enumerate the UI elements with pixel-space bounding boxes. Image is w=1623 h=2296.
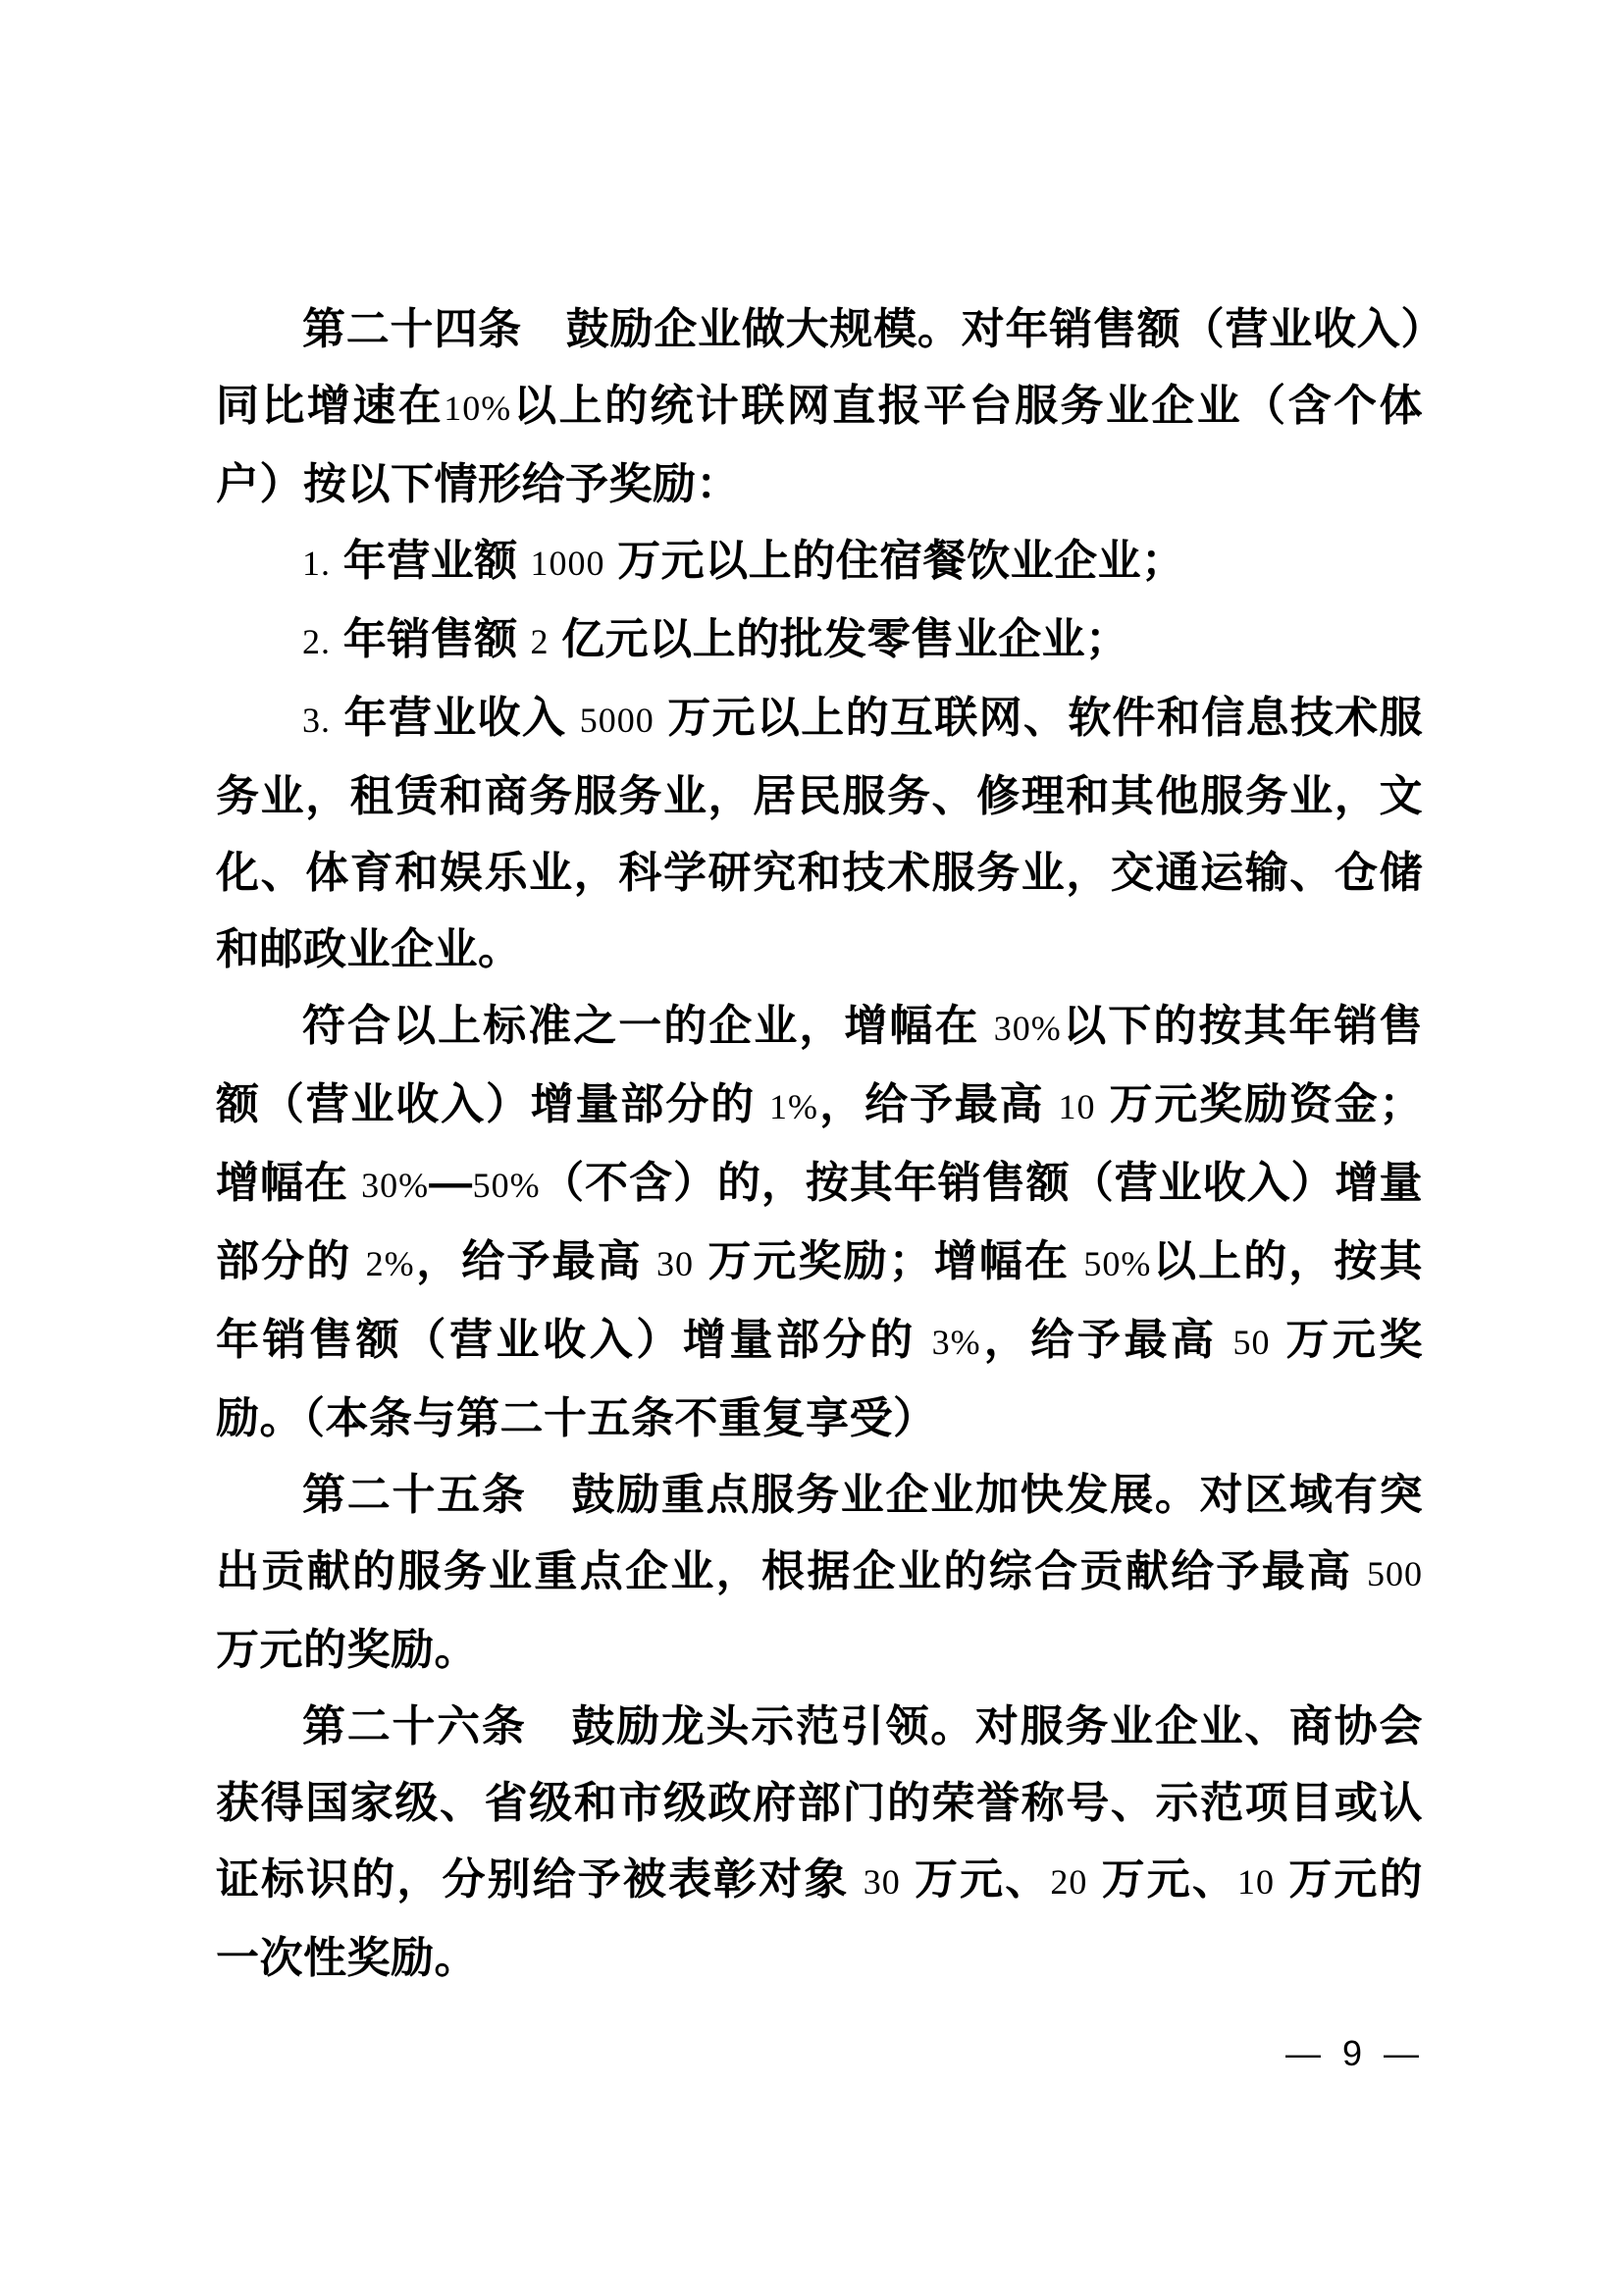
paragraph-article-24-reward-rules: 符合以上标准之一的企业，增幅在 30%以下的按其年销售额（营业收入）增量部分的 … bbox=[216, 988, 1423, 1457]
page-number: — 9 — bbox=[1285, 2033, 1425, 2074]
paragraph-article-26: 第二十六条 鼓励龙头示范引领。对服务业企业、商协会获得国家级、省级和市级政府部门… bbox=[216, 1689, 1423, 1997]
document-page: 第二十四条 鼓励企业做大规模。对年销售额（营业收入）同比增速在10%以上的统计联… bbox=[0, 0, 1623, 2296]
paragraph-article-24: 第二十四条 鼓励企业做大规模。对年销售额（营业收入）同比增速在10%以上的统计联… bbox=[216, 291, 1423, 523]
paragraph-article-25: 第二十五条 鼓励重点服务业企业加快发展。对区域有突出贡献的服务业重点企业，根据企… bbox=[216, 1457, 1423, 1689]
paragraph-article-24-item-3: 3. 年营业收入 5000 万元以上的互联网、软件和信息技术服务业，租赁和商务服… bbox=[216, 680, 1423, 988]
document-body: 第二十四条 鼓励企业做大规模。对年销售额（营业收入）同比增速在10%以上的统计联… bbox=[216, 291, 1423, 1997]
paragraph-article-24-item-1: 1. 年营业额 1000 万元以上的住宿餐饮业企业； bbox=[216, 523, 1423, 601]
paragraph-article-24-item-2: 2. 年销售额 2 亿元以上的批发零售业企业； bbox=[216, 601, 1423, 680]
